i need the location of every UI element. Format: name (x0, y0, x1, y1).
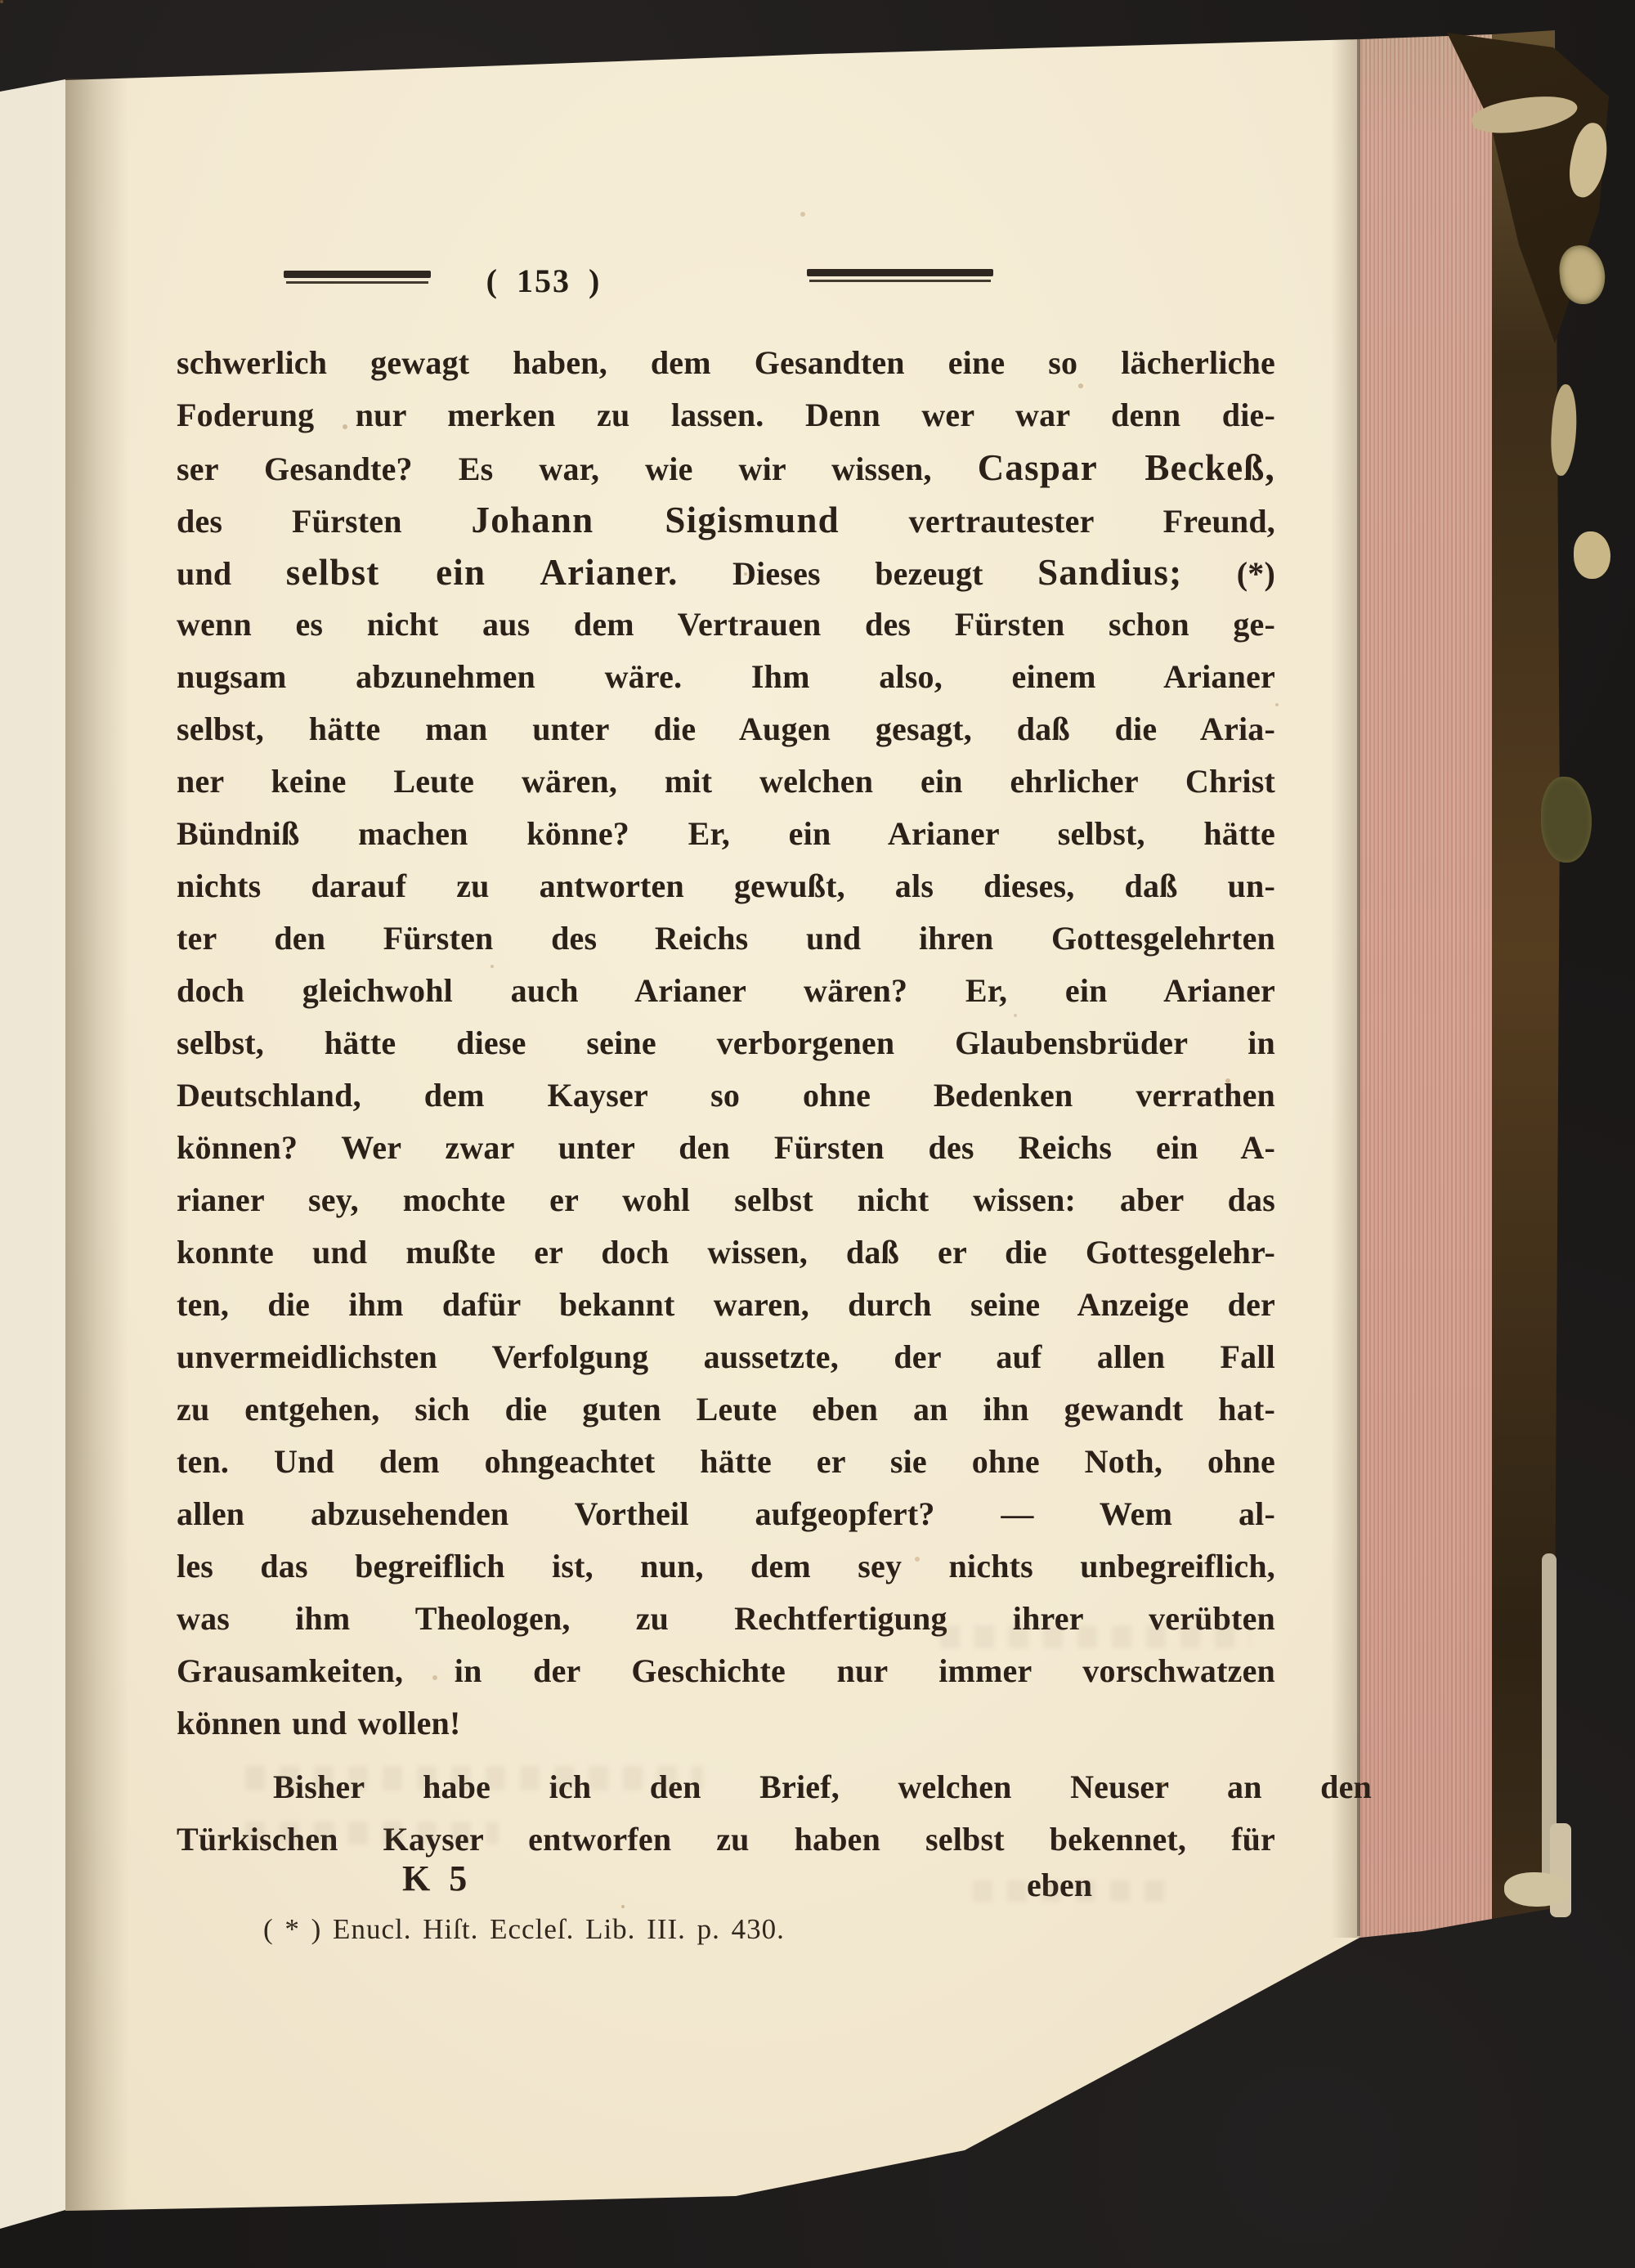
text-segment: ten. Und dem ohngeachtet hätte er sie oh… (177, 1443, 1275, 1480)
text-segment: (*) (1182, 555, 1275, 592)
text-line: Deutschland, dem Kayser so ohne Bedenken… (177, 1071, 1275, 1123)
book-page-photo: ( 153 ) schwerlich gewagt haben, dem Ges… (0, 0, 1635, 2268)
text-segment: und (177, 555, 286, 592)
text-segment: wenn es nicht aus dem Vertrauen des Fürs… (177, 606, 1275, 643)
text-line: wenn es nicht aus dem Vertrauen des Fürs… (177, 600, 1275, 652)
text-line: ten. Und dem ohngeachtet hätte er sie oh… (177, 1437, 1275, 1490)
text-segment: allen abzusehenden Vortheil aufgeopfert?… (177, 1495, 1275, 1532)
text-line: unvermeidlichsten Verfolgung aussetzte, … (177, 1333, 1275, 1385)
text-segment: les das begreiflich ist, nun, dem sey ni… (177, 1548, 1275, 1584)
text-line: können und wollen! (177, 1699, 1275, 1751)
text-line: nugsam abzunehmen wäre. Ihm also, einem … (177, 652, 1275, 705)
signature-mark: K 5 (402, 1858, 472, 1899)
text-segment: nugsam abzunehmen wäre. Ihm also, einem … (177, 658, 1275, 695)
text-segment: ten, die ihm dafür bekannt waren, durch … (177, 1286, 1275, 1323)
footnote: ( * ) Enucl. Hiſt. Eccleſ. Lib. III. p. … (263, 1913, 785, 1946)
page-number: ( 153 ) (470, 262, 617, 300)
text-line: selbst, hätte diese seine verborgenen Gl… (177, 1019, 1275, 1071)
text-line: Bündniß machen könne? Er, ein Arianer se… (177, 809, 1275, 862)
text-segment: zu entgehen, sich die guten Leute eben a… (177, 1391, 1275, 1428)
header-rule-right (807, 269, 993, 282)
text-line: Grausamkeiten, in der Geschichte nur imm… (177, 1647, 1275, 1699)
fore-edge-shadow (1331, 39, 1360, 1938)
text-segment: selbst, hätte diese seine verborgenen Gl… (177, 1024, 1275, 1061)
text-segment: können und wollen! (177, 1705, 461, 1741)
leather-chip (1541, 777, 1592, 863)
body-text: schwerlich gewagt haben, dem Gesandten e… (177, 338, 1275, 1957)
text-line: ten, die ihm dafür bekannt waren, durch … (177, 1280, 1275, 1333)
text-segment: Deutschland, dem Kayser so ohne Bedenken… (177, 1077, 1275, 1114)
text-line: les das begreiflich ist, nun, dem sey ni… (177, 1542, 1275, 1594)
text-line: selbst, hätte man unter die Augen gesagt… (177, 705, 1275, 757)
text-line: des Fürsten Johann Sigismund vertrautest… (177, 495, 1275, 548)
text-segment: ter den Fürsten des Reichs und ihren Got… (177, 920, 1275, 957)
showthrough-smudge (973, 1880, 1177, 1902)
text-segment: ner keine Leute wären, mit welchen ein e… (177, 763, 1275, 800)
text-segment: nichts darauf zu antworten gewußt, als d… (177, 867, 1275, 904)
text-segment: Bündniß machen könne? Er, ein Arianer se… (177, 815, 1275, 852)
text-segment: Dieses bezeugt (679, 555, 1038, 592)
header-rule-left (284, 271, 431, 284)
showthrough-smudge (940, 1625, 1251, 1648)
text-line: Foderung nur merken zu lassen. Denn wer … (177, 391, 1275, 443)
text-segment: vertrautester Freund, (840, 503, 1275, 540)
text-line: zu entgehen, sich die guten Leute eben a… (177, 1385, 1275, 1437)
text-line: schwerlich gewagt haben, dem Gesandten e… (177, 338, 1275, 391)
text-line: können? Wer zwar unter den Fürsten des R… (177, 1123, 1275, 1176)
showthrough-smudge (245, 1766, 703, 1791)
text-line: doch gleichwohl auch Arianer wären? Er, … (177, 966, 1275, 1019)
text-segment: rianer sey, mochte er wohl selbst nicht … (177, 1181, 1275, 1218)
paper-specks (0, 0, 3, 3)
emphasized-text: Sandius; (1037, 552, 1182, 593)
leather-chip (1504, 1872, 1570, 1907)
text-line: allen abzusehenden Vortheil aufgeopfert?… (177, 1490, 1275, 1542)
emphasized-text: Johann Sigismund (472, 500, 840, 540)
text-segment: unvermeidlichsten Verfolgung aussetzte, … (177, 1338, 1275, 1375)
gutter-shadow (65, 78, 129, 2211)
text-line: konnte und mußte er doch wissen, daß er … (177, 1228, 1275, 1280)
text-segment: konnte und mußte er doch wissen, daß er … (177, 1234, 1275, 1271)
text-segment: doch gleichwohl auch Arianer wären? Er, … (177, 972, 1275, 1009)
text-line: rianer sey, mochte er wohl selbst nicht … (177, 1176, 1275, 1228)
text-segment: Foderung nur merken zu lassen. Denn wer … (177, 397, 1275, 433)
text-line: ser Gesandte? Es war, wie wir wissen, Ca… (177, 443, 1275, 495)
text-segment: des Fürsten (177, 503, 472, 540)
text-segment: selbst, hätte man unter die Augen gesagt… (177, 710, 1275, 747)
page-edge-separator (1357, 38, 1360, 1936)
emphasized-text: Caspar Beckeß, (978, 447, 1275, 488)
text-line: ner keine Leute wären, mit welchen ein e… (177, 757, 1275, 809)
text-segment: schwerlich gewagt haben, dem Gesandten e… (177, 344, 1275, 381)
text-segment: Grausamkeiten, in der Geschichte nur imm… (177, 1652, 1275, 1689)
text-line: und selbst ein Arianer. Dieses bezeugt S… (177, 548, 1275, 600)
showthrough-smudge (245, 1822, 499, 1844)
text-line: nichts darauf zu antworten gewußt, als d… (177, 862, 1275, 914)
emphasized-text: selbst ein Arianer. (286, 552, 679, 593)
text-segment: ser Gesandte? Es war, wie wir wissen, (177, 450, 978, 487)
text-segment: können? Wer zwar unter den Fürsten des R… (177, 1129, 1275, 1166)
leather-chip (1574, 531, 1610, 579)
text-line: ter den Fürsten des Reichs und ihren Got… (177, 914, 1275, 966)
